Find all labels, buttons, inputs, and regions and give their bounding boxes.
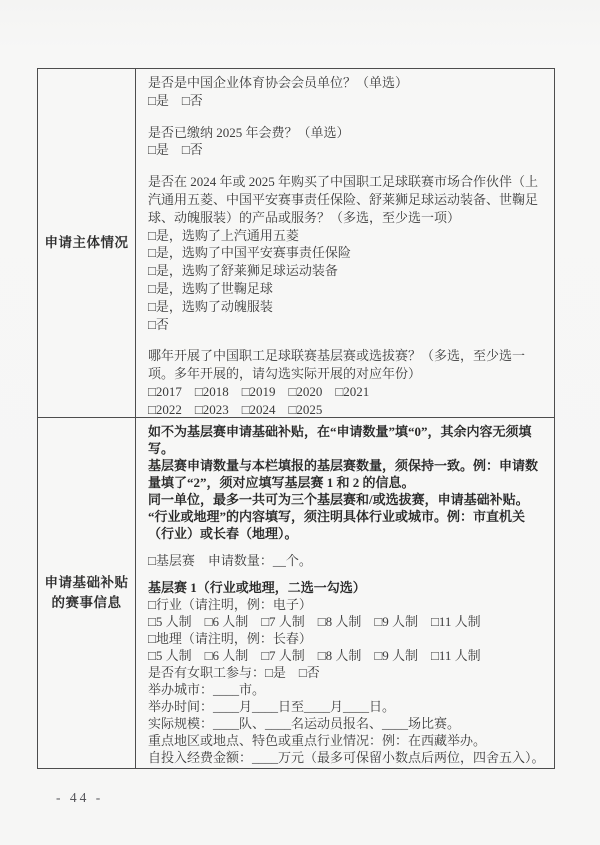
applicant-subject-row: 申请主体情况 是否是中国企业体育协会会员单位？（单选） □是 □否 是否已缴纳 … bbox=[38, 69, 554, 418]
heading-base-league-1: 基层赛 1（行业或地理，二选一勾选） bbox=[148, 579, 546, 596]
instruction-zero-quantity: 如不为基层赛申请基础补贴，在“申请数量”填“0”，其余内容无须填写。 bbox=[148, 423, 546, 457]
page-number: - 44 - bbox=[56, 790, 103, 806]
option-purchase-pingan: □是，选购了中国平安赛事责任保险 bbox=[148, 244, 546, 262]
base-subsidy-row: 申请基础补贴的赛事信息 如不为基层赛申请基础补贴，在“申请数量”填“0”，其余内… bbox=[38, 418, 554, 768]
applicant-subject-label-cell: 申请主体情况 bbox=[38, 69, 136, 417]
option-purchase-wuling: □是，选购了上汽通用五菱 bbox=[148, 227, 546, 245]
base-subsidy-label-cell: 申请基础补贴的赛事信息 bbox=[38, 418, 136, 768]
spacer bbox=[148, 333, 546, 347]
option-purchase-shiju: □是，选购了世鞠足球 bbox=[148, 280, 546, 298]
row-label: 申请主体情况 bbox=[45, 233, 129, 253]
spacer bbox=[148, 110, 546, 124]
options-years-2022-2025: □2022 □2023 □2024 □2025 bbox=[148, 401, 546, 417]
option-industry: □行业（请注明，例：电子） bbox=[148, 596, 546, 613]
instruction-quantity-consistency: 基层赛申请数量与本栏填报的基层赛数量，须保持一致。例：申请数量填了“2”，须对应… bbox=[148, 457, 546, 491]
spacer bbox=[148, 542, 546, 552]
question-membership: 是否是中国企业体育协会会员单位？（单选） bbox=[148, 74, 546, 92]
field-actual-scale: 实际规模：____队、____名运动员报名、____场比赛。 bbox=[148, 715, 546, 732]
options-membership-yes-no: □是 □否 bbox=[148, 92, 546, 110]
options-team-size-industry: □5 人制 □6 人制 □7 人制 □8 人制 □9 人制 □11 人制 bbox=[148, 613, 546, 630]
question-years-held: 哪年开展了中国职工足球联赛基层赛或选拔赛？（多选，至少选一项。多年开展的，请勾选… bbox=[148, 347, 546, 383]
option-geography: □地理（请注明，例：长春） bbox=[148, 630, 546, 647]
field-key-region-industry: 重点地区或地点、特色或重点行业情况：例：在西藏举办。 bbox=[148, 732, 546, 749]
document-page: 申请主体情况 是否是中国企业体育协会会员单位？（单选） □是 □否 是否已缴纳 … bbox=[0, 0, 600, 845]
spacer bbox=[148, 159, 546, 173]
options-team-size-geography: □5 人制 □6 人制 □7 人制 □8 人制 □9 人制 □11 人制 bbox=[148, 647, 546, 664]
base-subsidy-content-cell: 如不为基层赛申请基础补贴，在“申请数量”填“0”，其余内容无须填写。 基层赛申请… bbox=[136, 418, 554, 768]
spacer bbox=[148, 569, 546, 579]
option-purchase-no: □否 bbox=[148, 316, 546, 334]
row-label: 申请基础补贴的赛事信息 bbox=[40, 573, 133, 613]
question-partner-purchase: 是否在 2024 年或 2025 年购买了中国职工足球联赛市场合作伙伴（上汽通用… bbox=[148, 173, 546, 226]
field-self-funding-amount: 自投入经费金额：____万元（最多可保留小数点后两位，四舍五入）。 bbox=[148, 749, 546, 766]
options-fee-yes-no: □是 □否 bbox=[148, 141, 546, 159]
instruction-industry-or-geography: “行业或地理”的内容填写，须注明具体行业或城市。例：市直机关（行业）或长春（地理… bbox=[148, 508, 546, 542]
instruction-max-three: 同一单位，最多一共可为三个基层赛和/或选拔赛，申请基础补贴。 bbox=[148, 491, 546, 508]
question-fee-2025: 是否已缴纳 2025 年会费？（单选） bbox=[148, 124, 546, 142]
option-purchase-shulaishi: □是，选购了舒莱狮足球运动装备 bbox=[148, 262, 546, 280]
options-years-2017-2021: □2017 □2018 □2019 □2020 □2021 bbox=[148, 383, 546, 401]
option-purchase-dongpo: □是，选购了动魄服装 bbox=[148, 298, 546, 316]
field-female-participation: 是否有女职工参与：□是 □否 bbox=[148, 664, 546, 681]
field-host-dates: 举办时间：____月____日至____月____日。 bbox=[148, 698, 546, 715]
field-base-league-quantity: □基层赛 申请数量：__个。 bbox=[148, 552, 546, 569]
application-form-table: 申请主体情况 是否是中国企业体育协会会员单位？（单选） □是 □否 是否已缴纳 … bbox=[37, 68, 555, 769]
applicant-subject-content-cell: 是否是中国企业体育协会会员单位？（单选） □是 □否 是否已缴纳 2025 年会… bbox=[136, 69, 554, 417]
field-host-city: 举办城市：____市。 bbox=[148, 681, 546, 698]
